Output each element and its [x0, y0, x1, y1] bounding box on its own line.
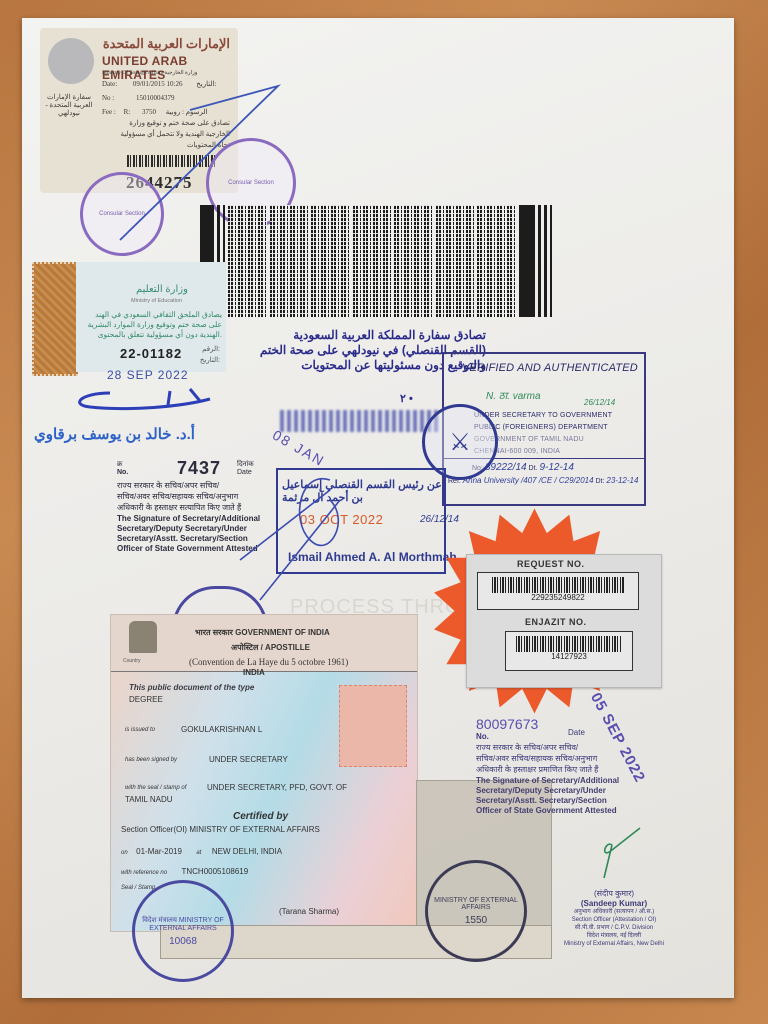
palm-swords-emblem-icon: ⚔	[449, 428, 471, 457]
uae-fee-value: 3750	[142, 108, 156, 116]
signed-by: UNDER SECRETARY	[209, 755, 288, 764]
request-barcode	[492, 577, 624, 593]
mea-seal-text: MINISTRY OF EXTERNAL AFFAIRS	[428, 897, 524, 911]
saudi-education-sticker: وزارة التعليم Ministry of Education يصاد…	[76, 262, 226, 372]
apostille-header-2: अपोस्टिल / APOSTILLE	[231, 642, 310, 653]
uae-fee-label-ar: الرسوم : روبية	[166, 108, 208, 116]
mea-english-4: Officer of State Government Attested	[476, 806, 617, 816]
seal-value: UNDER SECRETARY, PFD, GOVT. OF	[207, 783, 347, 792]
ref-label: with reference no	[121, 870, 167, 876]
uae-no-row: No : 15010004379	[102, 94, 175, 102]
reference-row: with reference no TNCH0005108619	[121, 861, 248, 879]
bottom-seal-text: विदेश मंत्रालय MINISTRY OF EXTERNAL AFFA…	[135, 916, 231, 932]
mea-hindi-2: सचिव/अवर सचिव/सहायक सचिव/अनुभाग	[476, 753, 597, 764]
request-barcode-box: 229235249822	[477, 572, 639, 610]
mea-no-label: No.	[476, 732, 489, 741]
verified-sig-date: 26/12/14	[584, 398, 615, 407]
uae-emblem-icon	[48, 38, 94, 84]
ref-value: TNCH0005108619	[181, 867, 248, 876]
verified-signature: N. ठा. varma	[486, 388, 541, 402]
mea-designation-3: सी.पी.वी. प्रभाग / C.P.V. Division	[548, 924, 680, 932]
uae-consular-seal: Consular Section	[80, 172, 164, 256]
verified-dt-label: Dt.	[529, 465, 538, 472]
state-no-en: No.	[117, 469, 128, 476]
verified-title: VERIFIED AND AUTHENTICATED	[462, 362, 638, 374]
smudged-ink	[280, 410, 440, 432]
mea-designation-5: Ministry of External Affairs, New Delhi	[548, 940, 680, 948]
verified-ref-date: 23-12-14	[606, 476, 638, 485]
verified-ref-value: Anna University /407 /CE / C29/2014	[463, 476, 594, 485]
apostille-certificate: Country भारत सरकार GOVERNMENT OF INDIA अ…	[110, 614, 418, 932]
pdf417-barcode	[200, 205, 552, 317]
revenue-stamp	[32, 262, 78, 376]
saudi-embassy-number: ٢ •	[400, 392, 413, 405]
moe-signatory-name: أ.د. خالد بن يوسف برقاوي	[34, 425, 195, 443]
state-english-1: The Signature of Secretary/Additional	[117, 514, 260, 524]
state-english-4: Officer of State Government Attested	[117, 544, 258, 554]
uae-date-value: 09/01/2015 10:26	[133, 80, 183, 88]
doc-type-label: This public document of the type	[129, 683, 254, 692]
uae-ministry: Ministry Of Foreign Affairs وزارة الخارج…	[102, 70, 197, 76]
certified-by-label: Certified by	[233, 811, 288, 822]
moe-logo-ar: وزارة التعليم	[136, 284, 188, 295]
mea-signatory-hi: (संदीप कुमार)	[548, 888, 680, 899]
mea-english-1: The Signature of Secretary/Additional	[476, 776, 619, 786]
ashoka-emblem-icon	[129, 621, 157, 653]
saudi-signatory-ar: عن رئيس القسم القنصلي إسماعيل بن أحمد آل…	[282, 478, 442, 504]
uae-date-label-ar: التاريخ:	[196, 80, 216, 88]
state-number: 7437	[177, 458, 221, 479]
uae-date-label: Date:	[102, 80, 117, 88]
uae-no-label: No :	[102, 94, 114, 102]
seal-label: with the seal / stamp of	[125, 785, 186, 791]
mea-round-seal: MINISTRY OF EXTERNAL AFFAIRS 1550	[425, 860, 527, 962]
on-date: 01-Mar-2019	[136, 847, 182, 856]
mea-english-3: Secretary/Asstt. Secretary/Section	[476, 796, 607, 806]
on-label: on	[121, 850, 128, 856]
uae-seal-text: Consular Section	[99, 211, 145, 217]
state-date-hi: दिनांक	[237, 460, 254, 469]
uae-fee-currency: R:	[124, 108, 131, 116]
mea-designation-2: Section Officer (Attestation / OI)	[548, 916, 680, 924]
verified-dt-value: 9-12-14	[539, 462, 573, 473]
certified-by: Section Officer(OI) MINISTRY OF EXTERNAL…	[121, 825, 320, 834]
mea-designation-4: विदेश मंत्रालय, नई दिल्ली	[548, 932, 680, 940]
apostille-country: INDIA	[243, 668, 265, 677]
state-english-3: Secretary/Asstt. Secretary/Section	[117, 534, 248, 544]
uae-embassy-ar: سفارة الإمارات العربية المتحدة - نيودلهي	[44, 93, 94, 117]
mea-hindi-3: अधिकारी के हस्ताक्षर प्रमाणित किए जाते ह…	[476, 764, 598, 775]
state-date-en: Date	[237, 469, 252, 476]
apostille-emblem-hologram	[339, 685, 407, 767]
seal-value-2: TAMIL NADU	[125, 795, 173, 804]
mea-signatory-en: (Sandeep Kumar)	[548, 899, 680, 908]
request-title: REQUEST NO.	[517, 559, 585, 569]
state-no-hi: क्र	[117, 460, 122, 469]
verified-line-1: UNDER SECRETARY TO GOVERNMENT	[474, 412, 612, 419]
verified-ref-date-label: Dt:	[596, 478, 605, 485]
mea-seal-number: 1550	[428, 915, 524, 926]
moe-signature	[70, 385, 220, 417]
certified-on-row: on 01-Mar-2019 at NEW DELHI, INDIA	[121, 841, 282, 859]
apostille-convention: (Convention de La Haye du 5 octobre 1961…	[189, 657, 348, 667]
mea-date-label: Date	[568, 728, 585, 737]
apostille-signatory: (Tarana Sharma)	[279, 907, 339, 916]
uae-title-ar: الإمارات العربية المتحدة	[103, 36, 230, 52]
enjazit-barcode-box: 14127923	[505, 631, 633, 671]
at-label: at	[196, 850, 201, 856]
enjazit-barcode	[516, 636, 622, 652]
apostille-country-label: Country	[123, 658, 141, 664]
moe-number-label: الرقم:	[202, 345, 220, 353]
enjazit-label: REQUEST NO. 229235249822 ENJAZIT NO. 141…	[466, 554, 662, 688]
mea-signatory: (संदीप कुमार) (Sandeep Kumar) अनुभाग अधि…	[548, 888, 680, 948]
seal-stamp-label: Seal / Stamp	[121, 885, 155, 891]
state-hindi-1: राज्य सरकार के सचिव/अपर सचिव/	[117, 480, 219, 491]
uae-date-row: Date: 09/01/2015 10:26 التاريخ:	[102, 80, 216, 88]
signed-by-label: has been signed by	[125, 757, 177, 763]
apostille-header: Country भारत सरकार GOVERNMENT OF INDIA अ…	[111, 615, 417, 672]
request-number: 229235249822	[478, 593, 638, 602]
moe-logo-en: Ministry of Education	[131, 298, 182, 304]
mea-hindi-1: राज्य सरकार के सचिव/अपर सचिव/	[476, 742, 578, 753]
mea-designation-1: अनुभाग अधिकारी (सत्यापन / औ.स.)	[548, 908, 680, 916]
bottom-seal-number: 10068	[135, 936, 231, 947]
moe-number: 22-01182	[120, 346, 182, 361]
mea-number: 80097673	[476, 716, 538, 732]
uae-seal-text-2: Consular Section	[228, 180, 274, 186]
state-hindi-3: अधिकारी के हस्ताक्षर सत्यापित किए जाते ह…	[117, 502, 241, 513]
uae-title-en: UNITED ARAB EMIRATES	[102, 54, 238, 82]
state-hindi-2: सचिव/अवर सचिव/सहायक सचिव/अनुभाग	[117, 491, 238, 502]
issued-to-label: is issued to	[125, 727, 155, 733]
enjazit-title: ENJAZIT NO.	[525, 617, 587, 627]
moe-date-label: التاريخ:	[200, 356, 220, 364]
state-english-2: Secretary/Deputy Secretary/Under	[117, 524, 247, 534]
saudi-stamp-date: 03 OCT 2022	[300, 512, 383, 527]
moe-date-stamp: 28 SEP 2022	[107, 368, 189, 382]
mea-round-seal-2: विदेश मंत्रालय MINISTRY OF EXTERNAL AFFA…	[132, 880, 234, 982]
uae-barcode	[127, 155, 217, 167]
enjazit-number: 14127923	[506, 652, 632, 661]
uae-fee-row: Fee : R: 3750 الرسوم : روبية	[102, 108, 207, 116]
apostille-header-1: भारत सरकार GOVERNMENT OF INDIA	[195, 627, 330, 638]
at-place: NEW DELHI, INDIA	[212, 847, 282, 856]
uae-no-value: 15010004379	[136, 94, 175, 102]
doc-type: DEGREE	[129, 695, 163, 704]
moe-body-ar: يصادق الملحق الثقافي السعودي في الهند عل…	[80, 310, 222, 340]
issued-to: GOKULAKRISHNAN L	[181, 725, 262, 734]
mea-english-2: Secretary/Deputy Secretary/Under	[476, 786, 606, 796]
verified-ref-row: Ref: Anna University /407 /CE / C29/2014…	[448, 476, 640, 485]
uae-fee-label: Fee :	[102, 108, 116, 116]
uae-body-ar: تصادق على صحة ختم و توقيع وزارة الخارجية…	[120, 118, 230, 151]
